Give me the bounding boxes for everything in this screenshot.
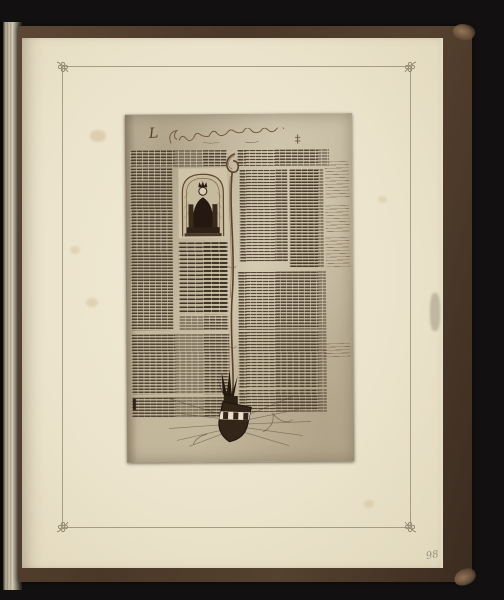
manuscript-photo: L ‡ xyxy=(125,113,354,463)
quatrefoil-icon xyxy=(402,519,418,535)
coat-of-arms xyxy=(167,369,318,454)
manuscript-text-block xyxy=(238,271,326,330)
shield xyxy=(215,402,251,445)
handwritten-title-script xyxy=(167,128,293,147)
quatrefoil-icon xyxy=(55,59,71,75)
manuscript-text-block xyxy=(239,170,288,262)
frame-corner-ornament xyxy=(55,59,71,75)
manuscript-text-block xyxy=(130,168,173,330)
initial-letter-mark xyxy=(133,399,136,410)
quatrefoil-icon xyxy=(55,519,71,535)
marginal-note xyxy=(322,343,350,358)
quire-mark-left: L xyxy=(148,126,158,141)
page-number: 98 xyxy=(425,549,439,562)
manuscript-text-block xyxy=(179,242,229,314)
manuscript-text-block xyxy=(289,169,324,267)
book-photograph-scene: { "colors": { "background": "#131011", "… xyxy=(0,0,504,600)
cover-corner-wear-bottom xyxy=(452,566,478,587)
plume xyxy=(217,370,238,398)
album-page: L ‡ xyxy=(22,38,443,568)
marginal-note xyxy=(325,161,350,200)
cover-corner-wear-top xyxy=(451,21,477,43)
enthroned-figure-miniature xyxy=(178,168,227,238)
manuscript-text-block xyxy=(130,150,227,167)
marginal-note xyxy=(325,237,350,268)
frame-corner-ornament xyxy=(402,519,418,535)
edge-damage-spot xyxy=(430,293,440,331)
header-cross-mark: ‡ xyxy=(295,134,301,145)
quatrefoil-icon xyxy=(402,59,418,75)
manuscript-text-block xyxy=(237,149,329,166)
marginal-note xyxy=(325,205,350,234)
frame-corner-ornament xyxy=(55,519,71,535)
manuscript-text-block xyxy=(179,316,228,330)
frame-corner-ornament xyxy=(402,59,418,75)
